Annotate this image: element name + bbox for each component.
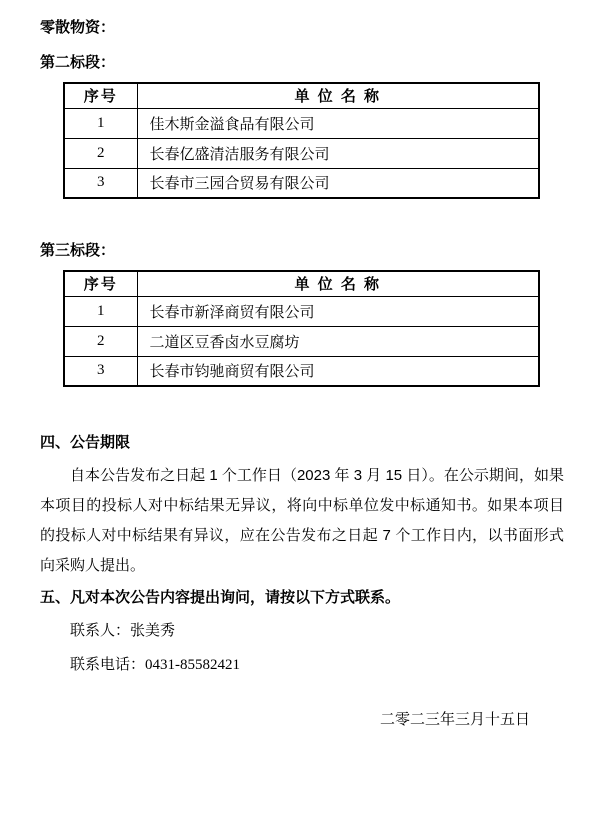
- table-row: 3 长春市钧驰商贸有限公司: [64, 356, 539, 386]
- company-name: 长春亿盛清洁服务有限公司: [137, 138, 539, 168]
- row-number: 3: [64, 356, 137, 386]
- table-row: 2 长春亿盛清洁服务有限公司: [64, 138, 539, 168]
- company-name: 二道区豆香卤水豆腐坊: [137, 326, 539, 356]
- company-name: 长春市钧驰商贸有限公司: [137, 356, 539, 386]
- lot2-col-header-no: 序号: [64, 83, 137, 108]
- section4-paragraph: 自本公告发布之日起 1 个工作日（2023 年 3 月 15 日）。在公示期间，…: [40, 461, 564, 581]
- document-page: 零散物资： 第二标段： 序号 单 位 名 称 1 佳木斯金溢食品有限公司 2 长…: [0, 0, 602, 822]
- contact-person-label: 联系人：: [70, 622, 130, 639]
- company-name: 长春市三园合贸易有限公司: [137, 168, 539, 198]
- materials-section-label: 零散物资：: [40, 18, 564, 38]
- lot2-table: 序号 单 位 名 称 1 佳木斯金溢食品有限公司 2 长春亿盛清洁服务有限公司 …: [63, 82, 540, 199]
- lot3-label: 第三标段：: [40, 241, 564, 261]
- document-date: 二零二三年三月十五日: [40, 710, 564, 730]
- contact-block: 联系人：张美秀 联系电话：0431-85582421: [40, 614, 564, 682]
- contact-phone-label: 联系电话：: [70, 656, 145, 673]
- contact-phone-line: 联系电话：0431-85582421: [70, 648, 564, 682]
- section5-heading: 五、凡对本次公告内容提出询问，请按以下方式联系。: [40, 588, 564, 608]
- table-row: 1 佳木斯金溢食品有限公司: [64, 108, 539, 138]
- table-row: 2 二道区豆香卤水豆腐坊: [64, 326, 539, 356]
- contact-person-value: 张美秀: [130, 622, 175, 639]
- table-row: 1 长春市新泽商贸有限公司: [64, 296, 539, 326]
- row-number: 1: [64, 296, 137, 326]
- company-name: 佳木斯金溢食品有限公司: [137, 108, 539, 138]
- company-name: 长春市新泽商贸有限公司: [137, 296, 539, 326]
- row-number: 1: [64, 108, 137, 138]
- row-number: 2: [64, 326, 137, 356]
- lot3-table: 序号 单 位 名 称 1 长春市新泽商贸有限公司 2 二道区豆香卤水豆腐坊 3 …: [63, 270, 540, 387]
- lot3-header-row: 序号 单 位 名 称: [64, 271, 539, 296]
- lot2-col-header-name: 单 位 名 称: [137, 83, 539, 108]
- contact-phone-value: 0431-85582421: [145, 657, 240, 673]
- row-number: 2: [64, 138, 137, 168]
- lot2-label: 第二标段：: [40, 53, 564, 73]
- lot3-col-header-name: 单 位 名 称: [137, 271, 539, 296]
- table-row: 3 长春市三园合贸易有限公司: [64, 168, 539, 198]
- lot3-col-header-no: 序号: [64, 271, 137, 296]
- lot2-header-row: 序号 单 位 名 称: [64, 83, 539, 108]
- contact-person-line: 联系人：张美秀: [70, 614, 564, 648]
- section4-heading: 四、公告期限: [40, 433, 564, 453]
- row-number: 3: [64, 168, 137, 198]
